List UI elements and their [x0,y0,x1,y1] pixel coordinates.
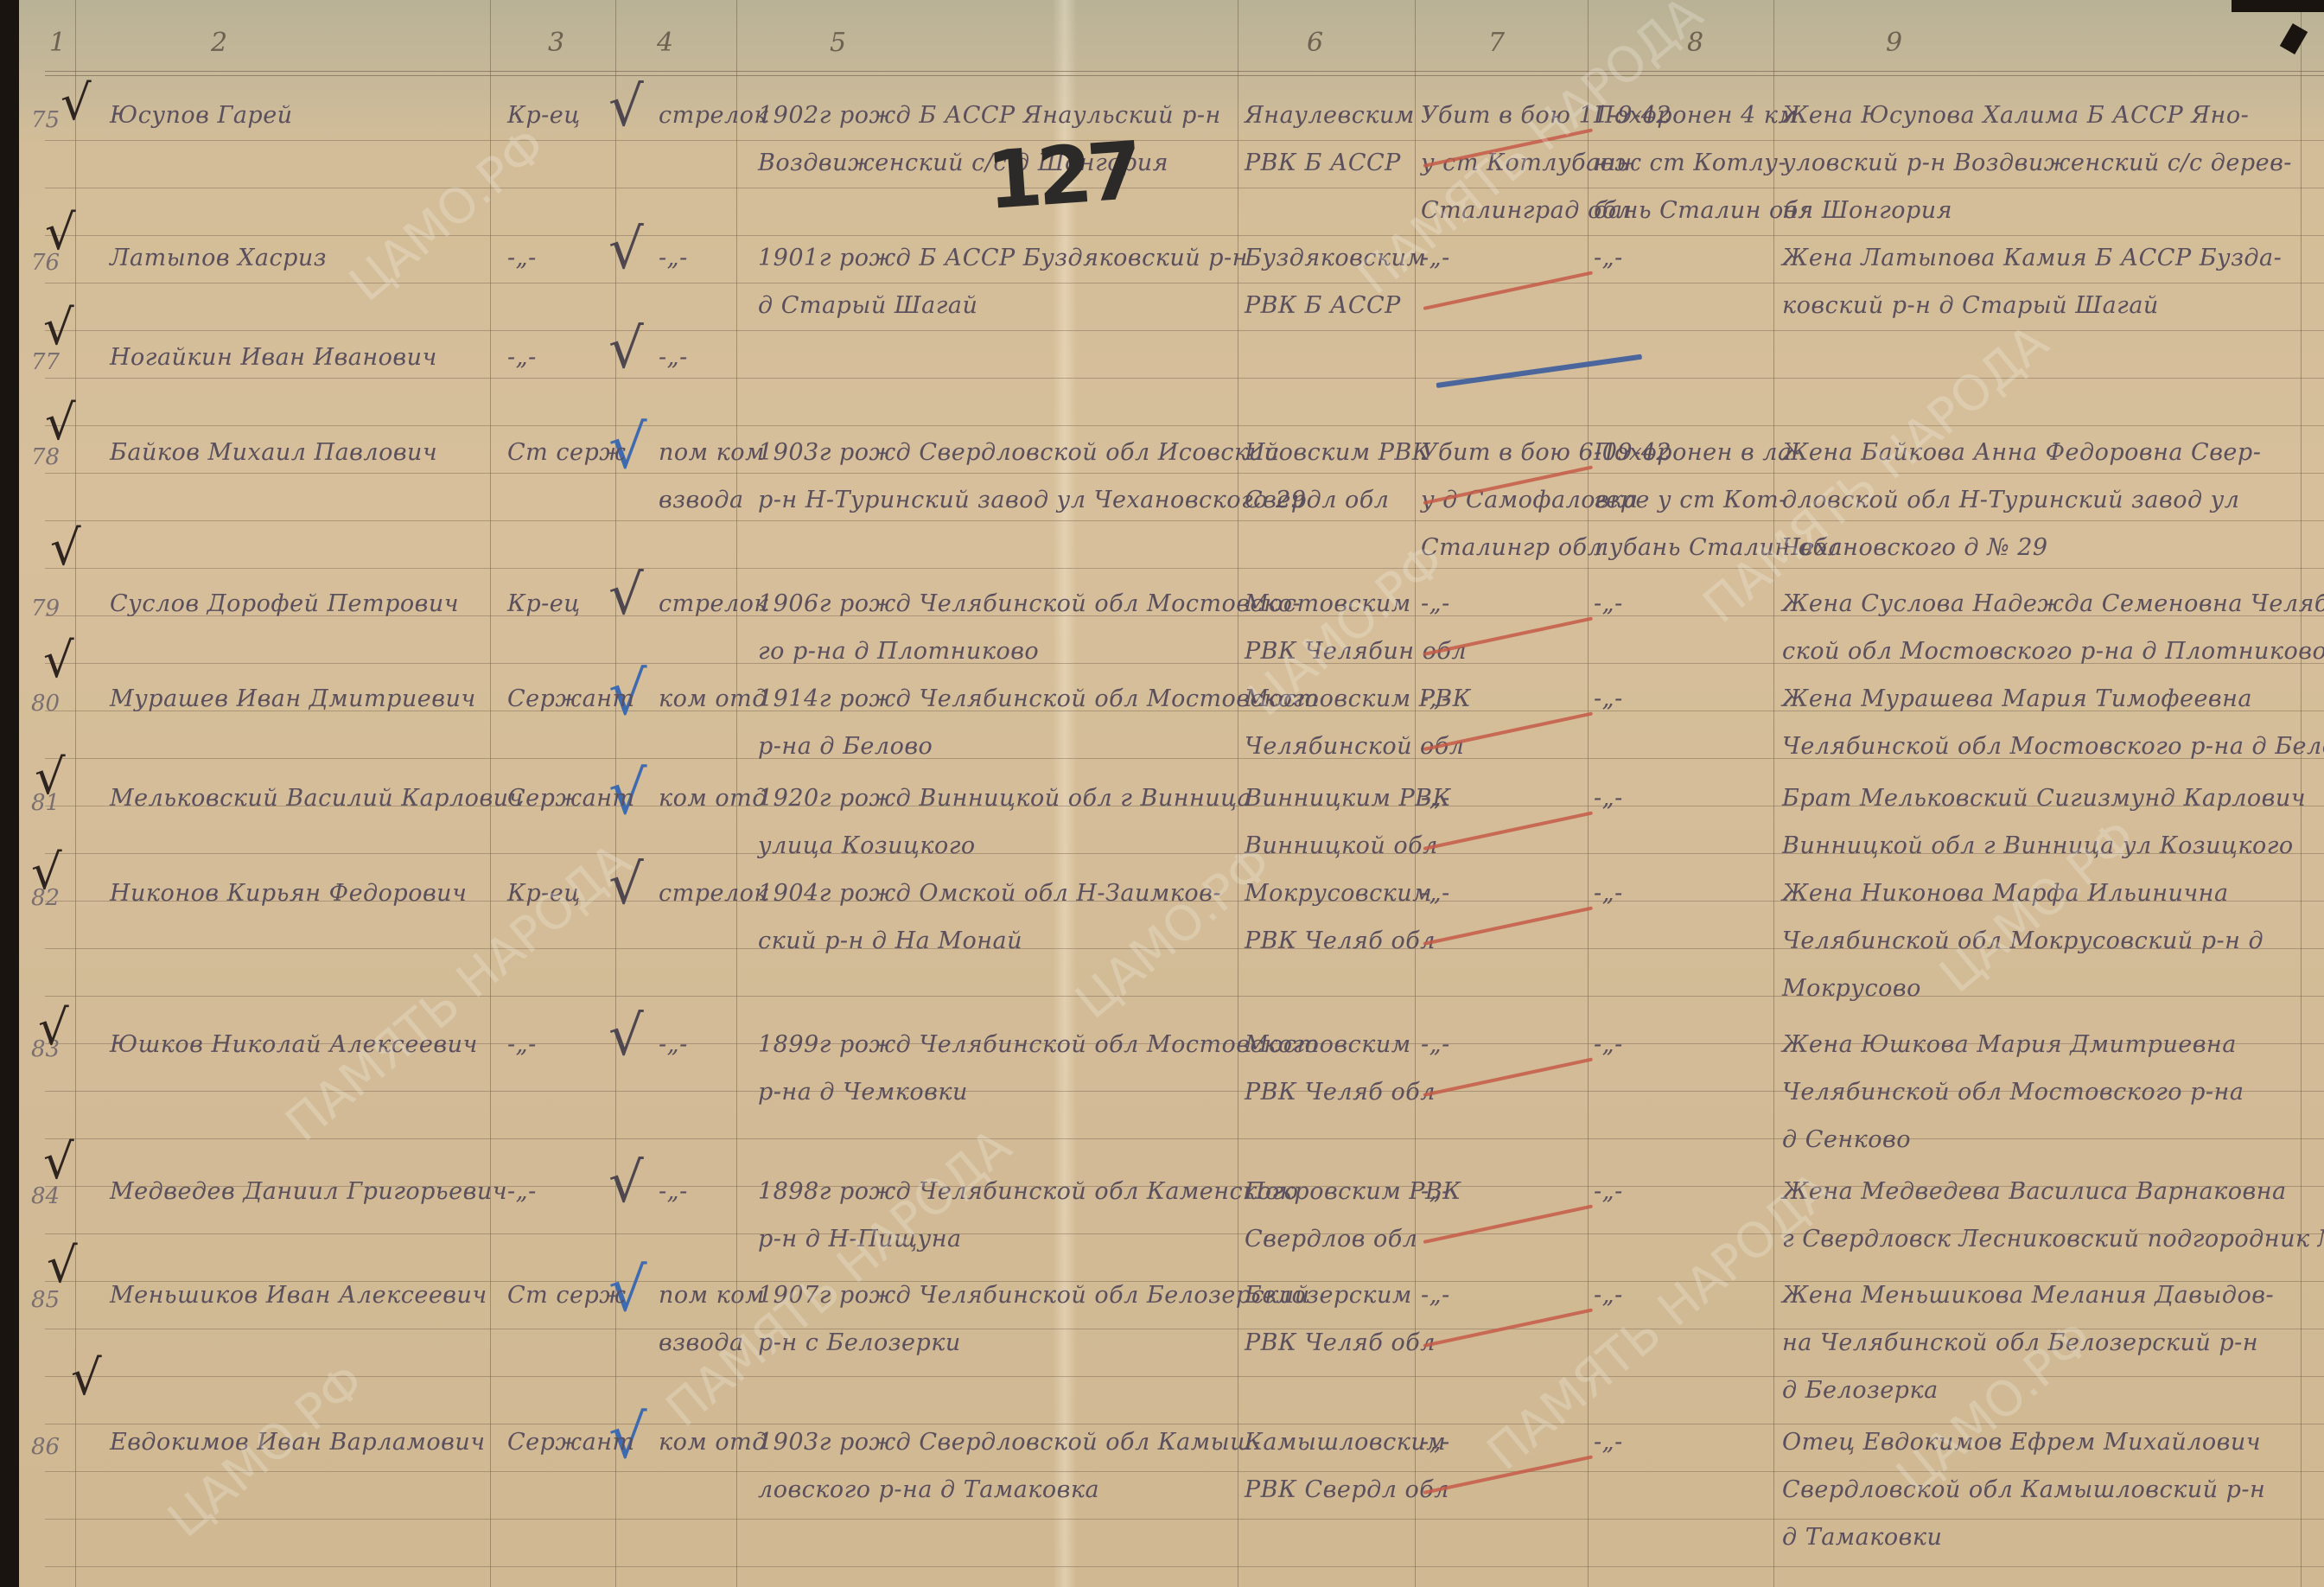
relatives: Мокрусово [1782,975,1921,1002]
fate: -„- [1421,590,1450,617]
relatives: Винницкой обл г Винница ул Козицкого [1782,832,2294,859]
birth-info: 1898г рожд Челябинской обл Каменского [758,1178,1298,1205]
burial-place: Похоронен в ла- [1594,439,1800,466]
birth-info: ловского р-на д Тамаковка [758,1476,1099,1503]
relatives: Жена Суслова Надежда Семеновна Челябин- [1782,590,2324,617]
burial-place: юж ст Котлу- [1594,150,1786,176]
check-mark-icon: √ [45,399,76,448]
position: стрелок [659,880,768,907]
soldier-name: Байков Михаил Павлович [110,439,437,466]
check-mark-icon: √ [608,1009,644,1064]
rank: -„- [507,1031,537,1058]
birth-info: го р-на д Плотниково [758,638,1039,665]
rank: Ст серж [507,439,626,466]
paper-tear [2232,0,2324,12]
birth-info: 1902г рожд Б АССР Янаульский р-н [758,102,1221,129]
birth-info: 1899г рожд Челябинской обл Мостовского [758,1031,1319,1058]
pencil-strike [1423,1455,1593,1494]
birth-info: 1901г рожд Б АССР Буздяковский р-н [758,245,1248,271]
check-mark-icon: √ [608,322,644,377]
row-number: 80 [31,691,60,717]
relatives: Жена Меньшикова Мелания Давыдов- [1782,1282,2274,1309]
fate: -„- [1421,1429,1450,1456]
relatives: Жена Юшкова Мария Дмитриевна [1782,1031,2237,1058]
relatives: Челябинской обл Мостовского р-на [1782,1079,2244,1106]
position: -„- [659,245,688,271]
column-number-6: 6 [1307,28,1323,58]
position: стрелок [659,590,768,617]
paper-tear [2280,23,2308,54]
birth-info: 1906г рожд Челябинской обл Мостовско- [758,590,1301,617]
relatives: Жена Байкова Анна Федоровна Свер- [1782,439,2261,466]
row-number: 86 [31,1434,60,1460]
check-mark-icon: √ [31,849,62,897]
relatives: г Свердловск Лесниковский подгородник № … [1782,1226,2324,1252]
birth-info: д Старый Шагай [758,292,977,319]
soldier-name: Суслов Дорофей Петрович [110,590,459,617]
relatives: Свердловской обл Камышловский р-н [1782,1476,2265,1503]
relatives: Брат Мельковский Сигизмунд Карлович [1782,785,2306,812]
row-rule [45,1138,2324,1139]
rank: -„- [507,1178,537,1205]
position: ком отд [659,1429,767,1456]
enlisted-by: РВК Челяб обл [1245,1079,1436,1106]
enlisted-by: Белозерским [1245,1282,1412,1309]
birth-info: 1907г рожд Челябинской обл Белозерский [758,1282,1310,1309]
row-rule [45,235,2324,236]
birth-info: 1903г рожд Свердловской обл Исовский [758,439,1279,466]
enlisted-by: Исовским РВК [1245,439,1430,466]
relatives: уловский р-н Воздвиженский с/с дерев- [1782,150,2292,176]
column-number-2: 2 [211,28,227,58]
row-rule [45,1424,2324,1424]
relatives: Жена Медведева Василиса Варнаковна [1782,1178,2287,1205]
watermark: ПАМЯТЬ НАРОДА [658,1121,1021,1437]
pencil-strike [1423,271,1593,309]
burial-place: -„- [1594,1031,1623,1058]
fate: -„- [1421,785,1450,812]
burial-place: -„- [1594,1429,1623,1456]
enlisted-by: Винницкой обл [1245,832,1438,859]
column-rule [1773,0,1774,1587]
position: стрелок [659,102,768,129]
enlisted-by: РВК Челяб обл [1245,927,1436,954]
check-mark-icon: √ [43,637,74,685]
rank: Кр-ец [507,102,581,129]
relatives: Челябинской обл Мокрусовский р-н д [1782,927,2264,954]
burial-place: -„- [1594,590,1623,617]
enlisted-by: Буздяковским [1245,245,1426,271]
birth-info: р-на д Чемковки [758,1079,968,1106]
burial-place: -„- [1594,880,1623,907]
burial-place: -„- [1594,245,1623,271]
fate: -„- [1421,685,1450,712]
row-number: 79 [31,596,60,621]
row-rule [45,378,2324,379]
relatives: на Челябинской обл Белозерский р-н [1782,1329,2258,1356]
pencil-strike [1423,711,1593,750]
enlisted-by: Свердлов обл [1245,1226,1417,1252]
burial-place: Похоронен 4 км [1594,102,1798,129]
soldier-name: Никонов Кирьян Федорович [110,880,467,907]
relatives: ской обл Мостовского р-на д Плотниково [1782,638,2324,665]
enlisted-by: Мостовским [1245,590,1411,617]
burial-place: -„- [1594,1178,1623,1205]
check-mark-icon: √ [60,80,92,128]
birth-info: 1904г рожд Омской обл Н-Заимков- [758,880,1221,907]
fate: -„- [1421,1178,1450,1205]
position: -„- [659,1031,688,1058]
column-number-9: 9 [1886,28,1902,58]
relatives: Чехановского д № 29 [1782,534,2048,561]
enlisted-by: РВК Свердл обл [1245,1476,1449,1503]
pencil-strike [1436,354,1642,388]
check-mark-icon: √ [608,1156,644,1211]
pencil-strike [1423,616,1593,655]
check-mark-icon: √ [38,1004,69,1053]
check-mark-icon: √ [608,222,644,277]
column-number-4: 4 [657,28,673,58]
row-rule [45,568,2324,569]
enlisted-by: Камышловским [1245,1429,1446,1456]
check-mark-icon: √ [608,568,644,623]
enlisted-by: Янаулевским [1245,102,1415,129]
enlisted-by: РВК Челяб обл [1245,1329,1436,1356]
relatives: ня Шонгория [1782,197,1952,224]
soldier-name: Меньшиков Иван Алексеевич [110,1282,487,1309]
burial-place: -„- [1594,785,1623,812]
position: пом ком [659,439,765,466]
soldier-name: Евдокимов Иван Варламович [110,1429,486,1456]
birth-info: ский р-н д На Монай [758,927,1022,954]
relatives: ковский р-н д Старый Шагай [1782,292,2159,319]
check-mark-icon: √ [43,1138,74,1187]
position: -„- [659,344,688,371]
row-rule [45,1376,2324,1377]
column-number-5: 5 [830,28,846,58]
row-rule [45,140,2324,141]
fate: -„- [1421,1031,1450,1058]
rank: Сержант [507,785,635,812]
relatives: д Белозерка [1782,1377,1939,1404]
burial-place: -„- [1594,1282,1623,1309]
enlisted-by: Мостовским [1245,1031,1411,1058]
birth-info: 1920г рожд Винницкой обл г Винница [758,785,1251,812]
soldier-name: Ногайкин Иван Иванович [110,344,437,371]
row-rule [45,1471,2324,1472]
enlisted-by: РВК Б АССР [1245,292,1401,319]
soldier-name: Латыпов Хасриз [110,245,327,271]
check-mark-icon: √ [71,1354,102,1403]
rank: Кр-ец [507,590,581,617]
rank: -„- [507,344,537,371]
soldier-name: Юсупов Гарей [110,102,293,129]
burial-place: -„- [1594,685,1623,712]
birth-info: р-н Н-Туринский завод ул Чехановского 29 [758,487,1306,513]
enlisted-by: Мокрусовским [1245,880,1432,907]
enlisted-by: РВК Б АССР [1245,150,1401,176]
rank: -„- [507,245,537,271]
fate: -„- [1421,880,1450,907]
stamp-mark: 127 [984,124,1140,227]
check-mark-icon: √ [35,754,66,802]
position: ком отд [659,685,767,712]
check-mark-icon: √ [608,857,644,913]
relatives: Жена Юсупова Халима Б АССР Яно- [1782,102,2249,129]
check-mark-icon: √ [45,209,76,258]
fate: -„- [1421,245,1450,271]
column-number-8: 8 [1687,28,1703,58]
row-rule [45,425,2324,426]
relatives: дловской обл Н-Туринский завод ул [1782,487,2240,513]
rank: Сержант [507,1429,635,1456]
row-rule [45,996,2324,997]
soldier-name: Юшков Николай Алексеевич [110,1031,478,1058]
soldier-name: Мельковский Василий Карлович [110,785,524,812]
position: взвода [659,487,744,513]
birth-info: улица Козицкого [758,832,976,859]
birth-info: 1914г рожд Челябинской обл Мостовского [758,685,1319,712]
fate: -„- [1421,1282,1450,1309]
rank: Кр-ец [507,880,581,907]
relatives: Жена Никонова Марфа Ильинична [1782,880,2229,907]
soldier-name: Медведев Даниил Григорьевич [110,1178,507,1205]
relatives: Челябинской обл Мостовского р-на д Белов… [1782,733,2324,760]
birth-info: 1903г рожд Свердловской обл Камыш- [758,1429,1261,1456]
check-mark-icon: √ [50,525,81,573]
column-rule [1588,0,1589,1587]
position: взвода [659,1329,744,1356]
fate: Сталингр обл [1421,534,1602,561]
burial-place: бань Сталин обл [1594,197,1813,224]
row-number: 75 [31,107,60,133]
check-mark-icon: √ [43,304,74,353]
pencil-strike [1423,1204,1593,1243]
row-rule [45,188,2324,188]
watermark: ПАМЯТЬ НАРОДА [1695,317,2058,633]
relatives: д Тамаковки [1782,1524,1942,1551]
document-sheet: 1 2 3 4 5 6 7 8 9 75√√Юсупов ГарейКр-ецс… [19,0,2324,1587]
relatives: Жена Латыпова Камия Б АССР Бузда- [1782,245,2282,271]
row-rule [45,473,2324,474]
pencil-strike [1423,906,1593,945]
relatives: Отец Евдокимов Ефрем Михайлович [1782,1429,2261,1456]
check-mark-icon: √ [608,80,644,135]
soldier-name: Мурашев Иван Дмитриевич [110,685,476,712]
rank: Ст серж [507,1282,626,1309]
row-rule [45,1566,2324,1567]
check-mark-icon: √ [47,1242,78,1291]
pencil-strike [1423,811,1593,850]
position: пом ком [659,1282,765,1309]
position: -„- [659,1178,688,1205]
enlisted-by: Свердл обл [1245,487,1389,513]
row-rule [45,1519,2324,1520]
position: ком отд [659,785,767,812]
relatives: Жена Мурашева Мария Тимофеевна [1782,685,2252,712]
row-rule [45,330,2324,331]
header-rule [45,71,2324,76]
column-number-3: 3 [548,28,564,58]
birth-info: р-на д Белово [758,733,933,760]
birth-info: р-н с Белозерки [758,1329,961,1356]
birth-info: р-н д Н-Пищуна [758,1226,962,1252]
row-rule [45,520,2324,521]
relatives: д Сенково [1782,1126,1911,1153]
column-number-7: 7 [1488,28,1505,58]
rank: Сержант [507,685,635,712]
row-rule [45,283,2324,284]
burial-place: гере у ст Кот- [1594,487,1787,513]
column-number-1: 1 [49,28,66,58]
